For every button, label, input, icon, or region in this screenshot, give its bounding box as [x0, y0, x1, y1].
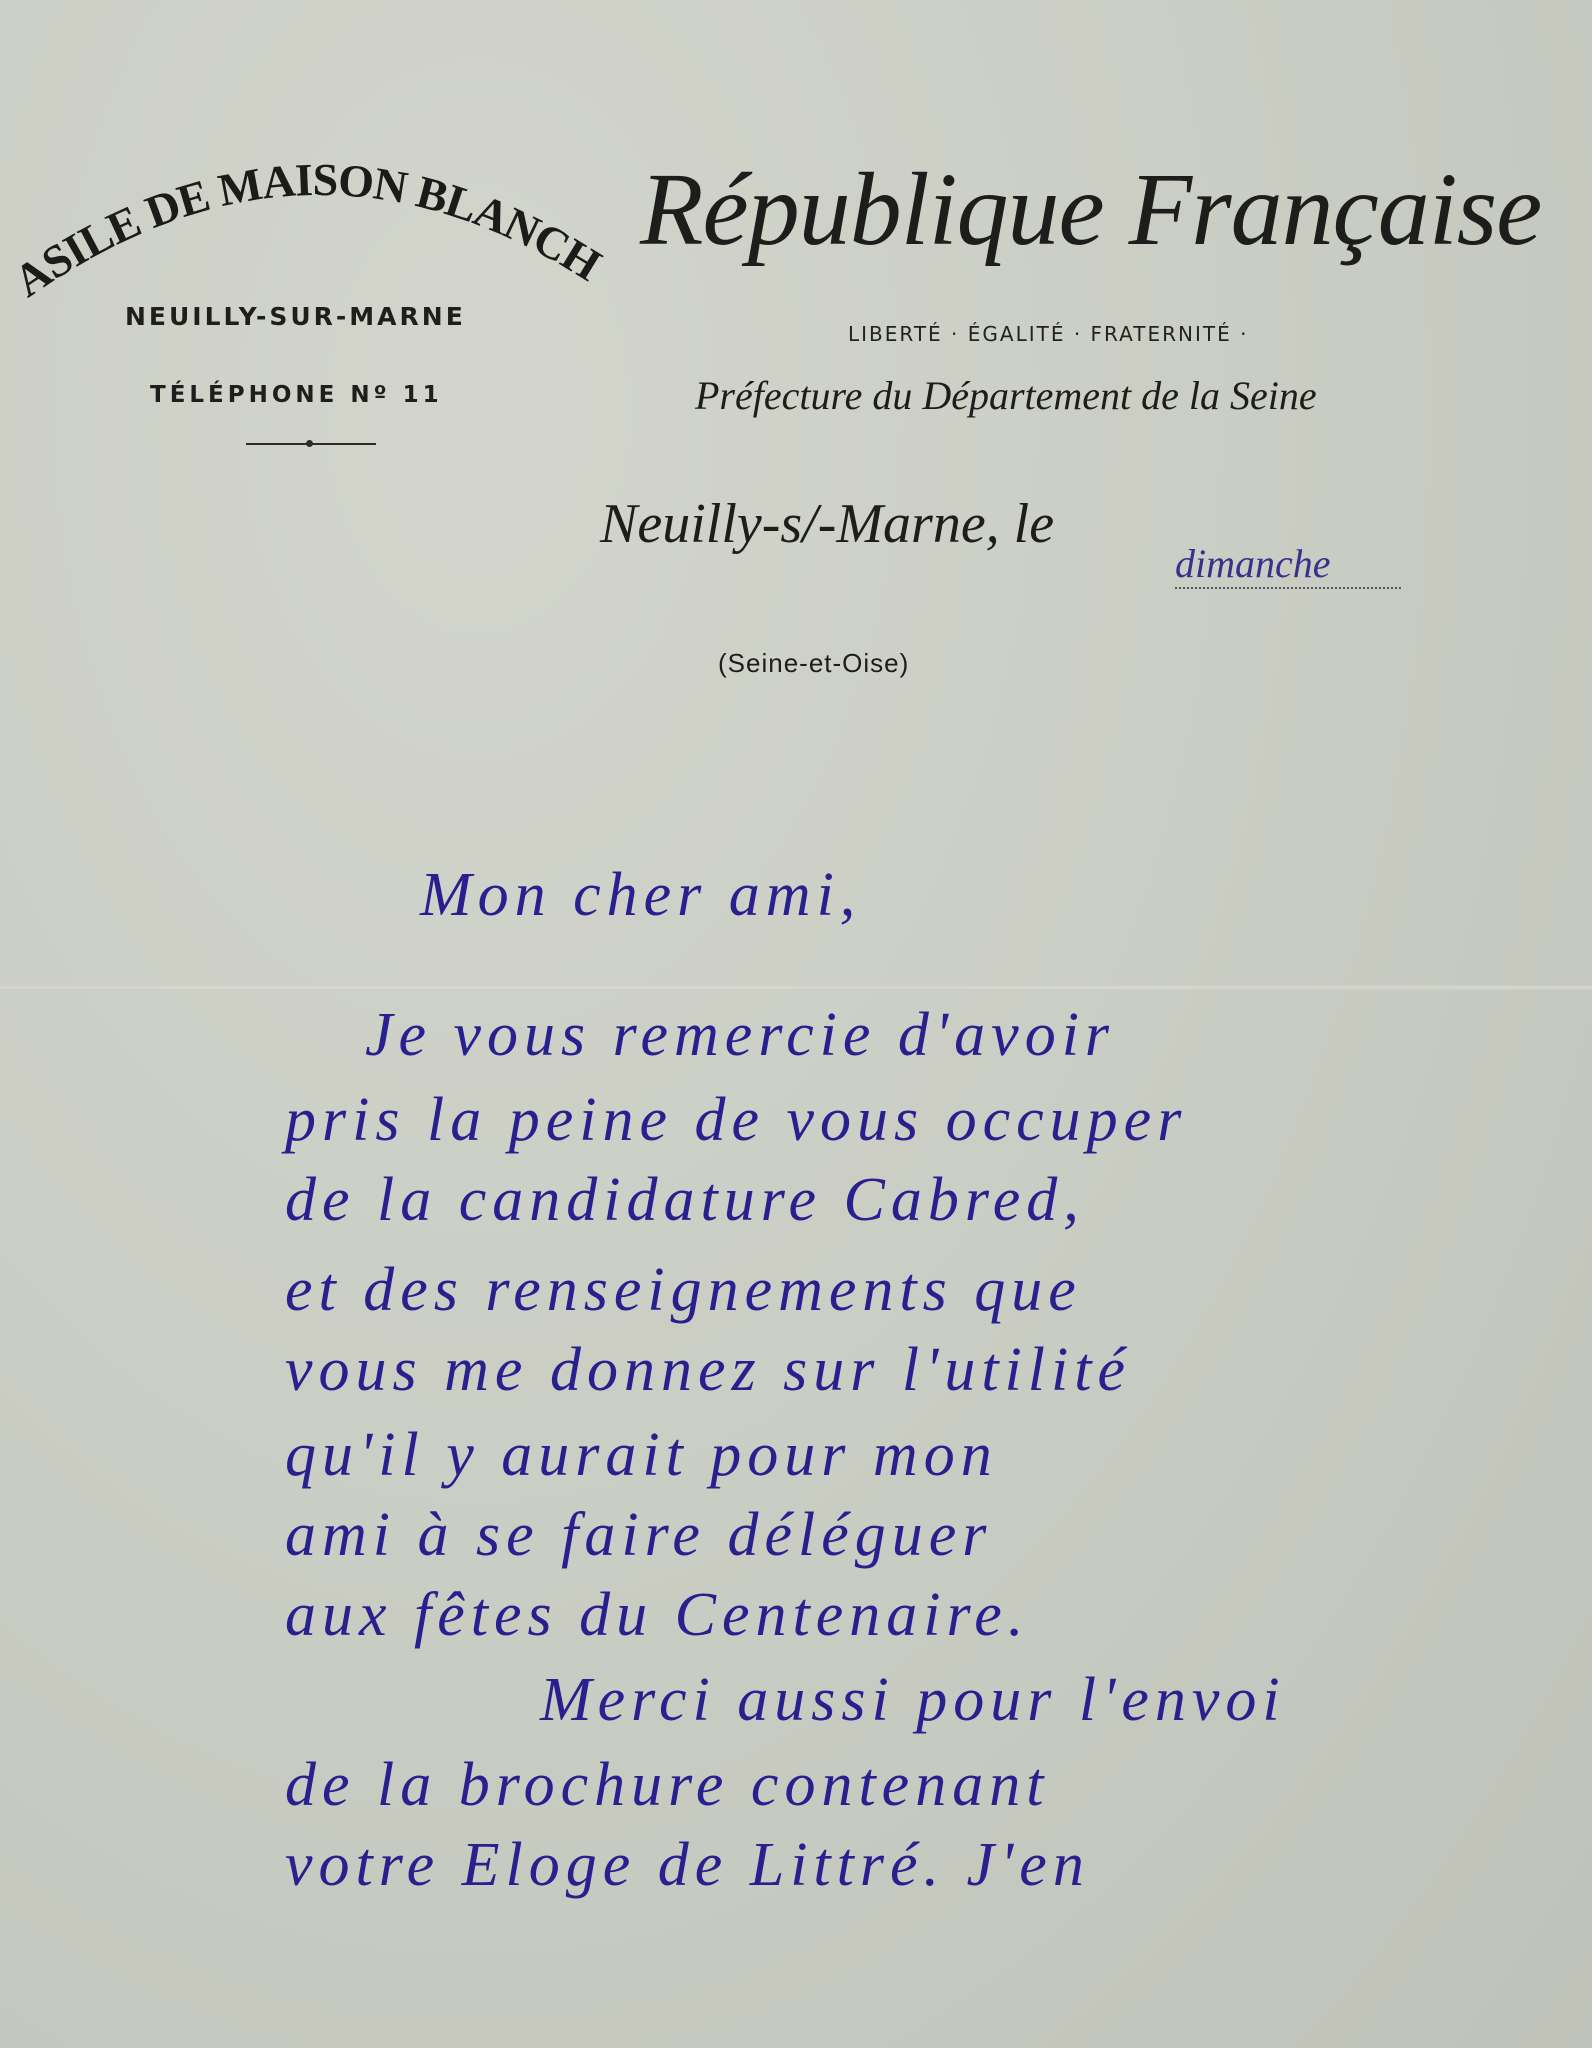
- letter-line: vous me donnez sur l'utilité: [285, 1335, 1131, 1406]
- letter-line: aux fêtes du Centenaire.: [285, 1580, 1029, 1651]
- svg-text:ASILE DE MAISON BLANCHE: ASILE DE MAISON BLANCHE: [20, 120, 610, 300]
- institution-phone: TÉLÉPHONE Nº 11: [150, 382, 443, 408]
- paper-fold-crease: [0, 985, 1592, 991]
- letter-line: et des renseignements que: [285, 1255, 1082, 1326]
- institution-name: ASILE DE MAISON BLANCHE: [20, 120, 610, 300]
- handwritten-date: dimanche: [1175, 540, 1401, 589]
- place-line: Neuilly-s/-Marne, le: [600, 492, 1054, 556]
- letter-line: qu'il y aurait pour mon: [285, 1420, 998, 1491]
- institution-city: NEUILLY-SUR-MARNE: [125, 302, 466, 331]
- letter-line: votre Eloge de Littré. J'en: [285, 1830, 1090, 1901]
- letter-line: Je vous remercie d'avoir: [365, 1000, 1115, 1071]
- letter-paper: ASILE DE MAISON BLANCHE NEUILLY-SUR-MARN…: [0, 0, 1592, 2048]
- republic-title: République Française: [640, 150, 1541, 269]
- salutation: Mon cher ami,: [420, 860, 861, 931]
- department-label: (Seine-et-Oise): [718, 648, 909, 679]
- prefecture-line: Préfecture du Département de la Seine: [695, 372, 1317, 419]
- letter-line: pris la peine de vous occuper: [285, 1085, 1187, 1156]
- letter-line: de la brochure contenant: [285, 1750, 1049, 1821]
- letter-line: ami à se faire déléguer: [285, 1500, 992, 1571]
- institution-name-arch: ASILE DE MAISON BLANCHE: [20, 120, 620, 300]
- ornament-divider: [246, 443, 376, 445]
- letter-line: Merci aussi pour l'envoi: [540, 1665, 1286, 1736]
- republic-motto: LIBERTÉ · ÉGALITÉ · FRATERNITÉ ·: [848, 322, 1248, 346]
- letter-line: de la candidature Cabred,: [285, 1165, 1085, 1236]
